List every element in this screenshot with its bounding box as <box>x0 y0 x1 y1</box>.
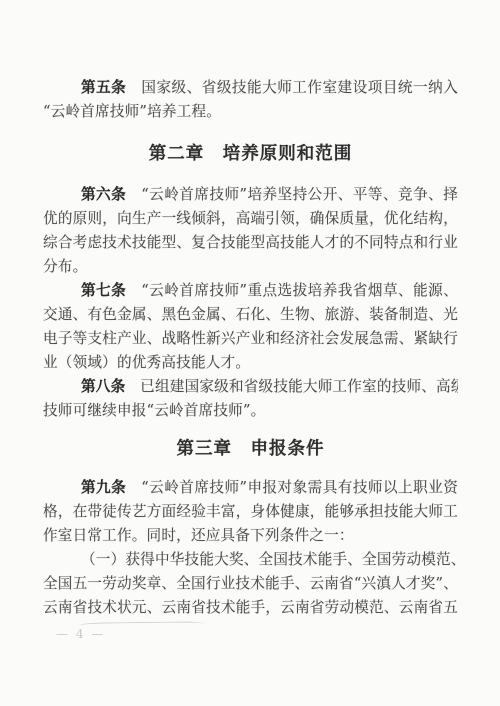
document-line: 第七条 “云岭首席技师”重点选拔培养我省烟草、能源、 <box>43 279 458 303</box>
document-line: 云南省技术状元、云南省技术能手，云南省劳动模范、云南省五 <box>43 596 458 620</box>
document-line: “云岭首席技师”培养工程。 <box>43 100 458 124</box>
document-line: 业（领域）的优秀高技能人才。 <box>43 351 458 375</box>
document-line: 作室日常工作。同时，还应具备下列条件之一： <box>43 524 458 548</box>
article-number-label: 第八条 <box>81 378 125 395</box>
scanned-document-page: 第五条 国家级、省级技能大师工作室建设项目统一纳入 “云岭首席技师”培养工程。 … <box>0 0 500 706</box>
line-text: 全国五一劳动奖章、全国行业技术能手、云南省“兴滇人才奖”、 <box>43 575 458 592</box>
line-text: 格，在带徒传艺方面经验丰富，身体健康，能够承担技能大师工 <box>43 503 458 520</box>
line-text: 作室日常工作。同时，还应具备下列条件之一： <box>43 527 354 544</box>
line-text: “云岭首席技师”申报对象需具有技师以上职业资 <box>126 479 458 496</box>
document-line: 综合考虑技术技能型、复合技能型高技能人才的不同特点和行业 <box>43 231 458 255</box>
line-text: 业（领域）的优秀高技能人才。 <box>43 354 250 371</box>
document-line: 全国五一劳动奖章、全国行业技术能手、云南省“兴滇人才奖”、 <box>43 572 458 596</box>
document-line: 格，在带徒传艺方面经验丰富，身体健康，能够承担技能大师工 <box>43 500 458 524</box>
line-text: 已组建国家级和省级技能大师工作室的技师、高级 <box>125 378 458 395</box>
article-number-label: 第六条 <box>81 186 126 203</box>
line-text: “云岭首席技师”培养坚持公开、平等、竞争、择 <box>126 186 458 203</box>
document-line: 电子等支柱产业、战略性新兴产业和经济社会发展急需、紧缺行 <box>43 327 458 351</box>
document-line: （一）获得中华技能大奖、全国技术能手、全国劳动模范、 <box>43 548 458 572</box>
document-line: 交通、有色金属、黑色金属、石化、生物、旅游、装备制造、光 <box>43 303 458 327</box>
line-text: 技师可继续申报“云岭首席技师”。 <box>43 402 265 419</box>
line-text: 交通、有色金属、黑色金属、石化、生物、旅游、装备制造、光 <box>43 306 458 323</box>
line-text: 云南省技术状元、云南省技术能手，云南省劳动模范、云南省五 <box>43 599 458 616</box>
line-text: 国家级、省级技能大师工作室建设项目统一纳入 <box>126 79 458 96</box>
chapter-3-heading: 第三章 申报条件 <box>43 436 458 462</box>
document-line: 第五条 国家级、省级技能大师工作室建设项目统一纳入 <box>43 76 458 100</box>
line-text: 优的原则，向生产一线倾斜，高端引领，确保质量，优化结构， <box>43 210 458 227</box>
document-line: 技师可继续申报“云岭首席技师”。 <box>43 399 458 423</box>
page-number: — 4 — <box>56 627 105 641</box>
line-text: “云岭首席技师”培养工程。 <box>43 103 221 120</box>
line-text: “云岭首席技师”重点选拔培养我省烟草、能源、 <box>126 282 458 299</box>
line-text: 电子等支柱产业、战略性新兴产业和经济社会发展急需、紧缺行 <box>43 330 458 347</box>
line-text: （一）获得中华技能大奖、全国技术能手、全国劳动模范、 <box>81 551 458 568</box>
document-line: 优的原则，向生产一线倾斜，高端引领，确保质量，优化结构， <box>43 207 458 231</box>
document-text-block: 第五条 国家级、省级技能大师工作室建设项目统一纳入 “云岭首席技师”培养工程。 … <box>43 76 458 620</box>
document-line: 第九条 “云岭首席技师”申报对象需具有技师以上职业资 <box>43 476 458 500</box>
document-line: 第八条 已组建国家级和省级技能大师工作室的技师、高级 <box>43 375 458 399</box>
article-number-label: 第七条 <box>81 282 126 299</box>
chapter-2-heading: 第二章 培养原则和范围 <box>43 141 458 167</box>
document-line: 第六条 “云岭首席技师”培养坚持公开、平等、竞争、择 <box>43 183 458 207</box>
line-text: 综合考虑技术技能型、复合技能型高技能人才的不同特点和行业 <box>43 234 458 251</box>
article-number-label: 第九条 <box>81 479 126 496</box>
line-text: 分布。 <box>43 258 87 275</box>
document-line: 分布。 <box>43 255 458 279</box>
article-number-label: 第五条 <box>81 79 126 96</box>
